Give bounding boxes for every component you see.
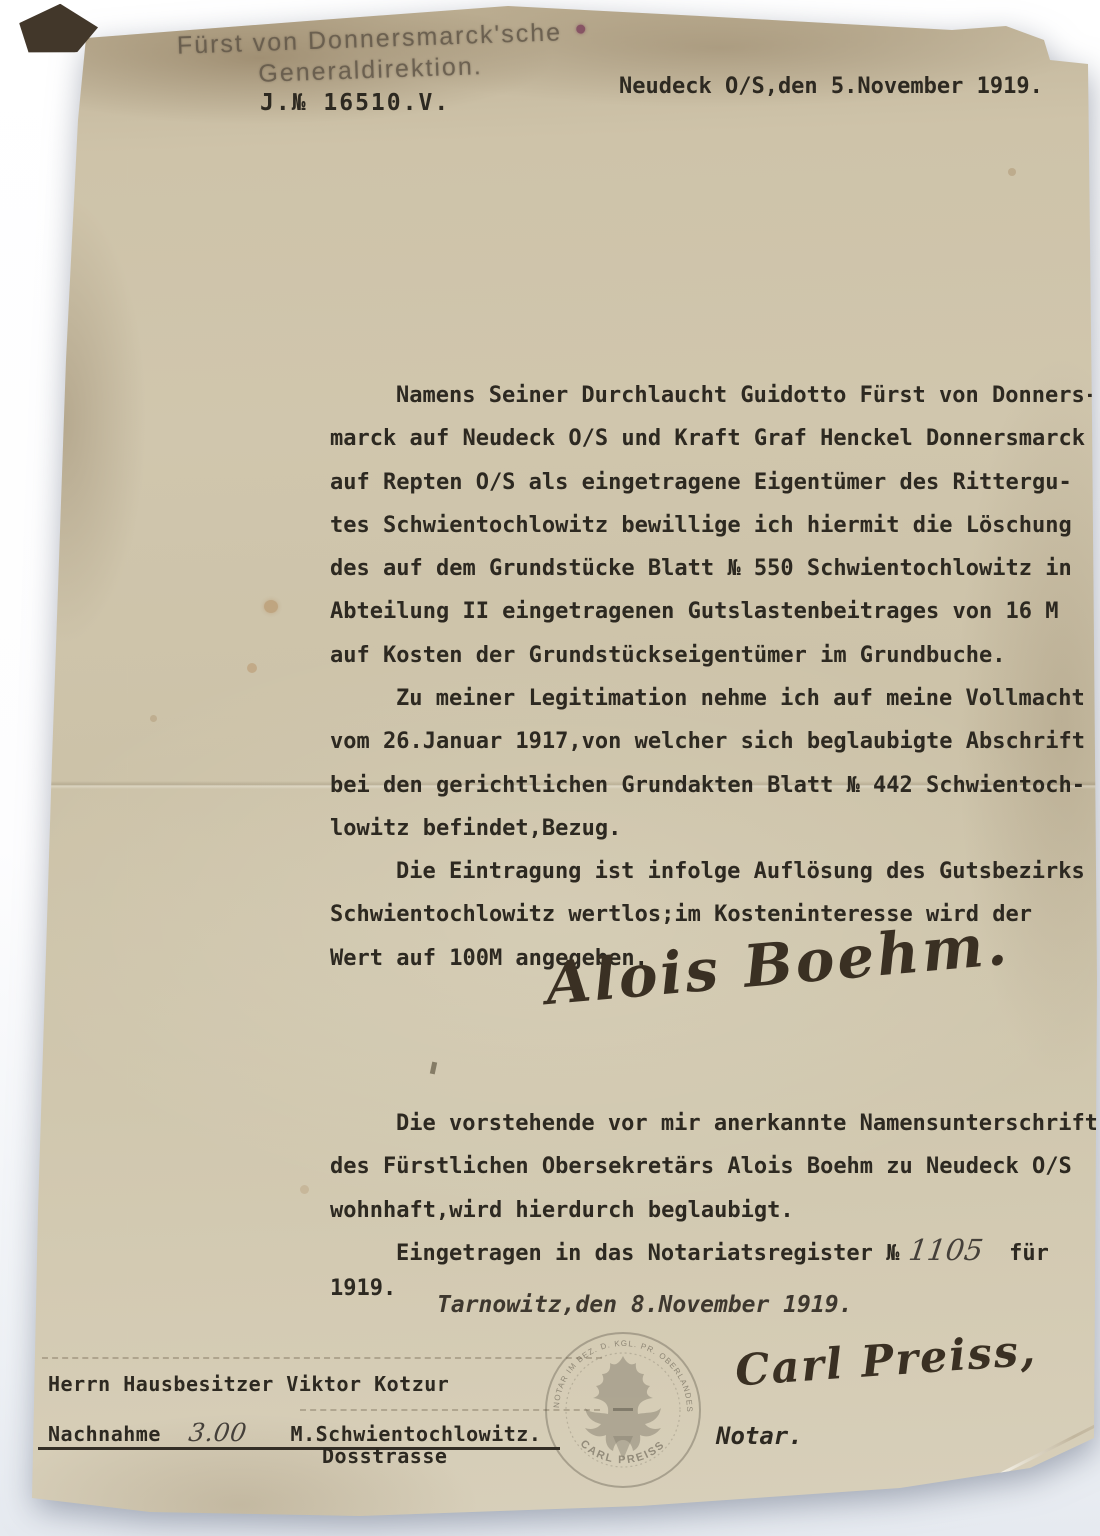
photo-background: Fürst von Donnersmarck'sche Generaldirek… bbox=[0, 0, 1100, 1536]
ink-speck bbox=[430, 1062, 437, 1075]
body-line: auf Kosten der Grundstückseigentümer im … bbox=[330, 634, 1095, 677]
street-line: Dosstrasse bbox=[322, 1444, 447, 1468]
body-line: des auf dem Grundstücke Blatt № 550 Schw… bbox=[330, 547, 1095, 590]
typed-underline bbox=[38, 1447, 560, 1450]
nachnahme-place: M.Schwientochlowitz. bbox=[291, 1422, 542, 1446]
dateline: Neudeck O/S,den 5.November 1919. bbox=[619, 74, 1043, 99]
register-text-after: für bbox=[1009, 1241, 1049, 1266]
document-paper: Fürst von Donnersmarck'sche Generaldirek… bbox=[0, 0, 1100, 1536]
place-date-line: Tarnowitz,den 8.November 1919. bbox=[437, 1292, 852, 1318]
body-line: auf Repten O/S als eingetragene Eigentüm… bbox=[330, 461, 1095, 504]
register-year: 1919. bbox=[330, 1276, 396, 1301]
seal-center-dash bbox=[613, 1408, 633, 1411]
paper-stain bbox=[300, 1185, 309, 1194]
register-text-before: Eingetragen in das Notariatsregister № bbox=[396, 1241, 899, 1266]
body-paragraph-4: Die vorstehende vor mir anerkannte Namen… bbox=[330, 1102, 1095, 1232]
body-line: Namens Seiner Durchlaucht Guidotto Fürst… bbox=[330, 374, 1095, 417]
register-number-handwritten: 1105 bbox=[907, 1233, 986, 1267]
nachnahme-label: Nachnahme bbox=[48, 1422, 161, 1446]
paper-stain bbox=[264, 600, 278, 613]
body-line: Abteilung II eingetragenen Gutslastenbei… bbox=[330, 590, 1095, 633]
body-line: lowitz befindet,Bezug. bbox=[330, 807, 1095, 850]
body-line: Die vorstehende vor mir anerkannte Namen… bbox=[330, 1102, 1095, 1145]
body-line: wohnhaft,wird hierdurch beglaubigt. bbox=[330, 1189, 1095, 1232]
paper-stain bbox=[1008, 168, 1016, 176]
body-line: Zu meiner Legitimation nehme ich auf mei… bbox=[330, 677, 1095, 720]
body-line: bei den gerichtlichen Grundakten Blatt №… bbox=[330, 764, 1095, 807]
body-paragraph-2: Zu meiner Legitimation nehme ich auf mei… bbox=[330, 677, 1095, 850]
body-line: des Fürstlichen Obersekretärs Alois Boeh… bbox=[330, 1145, 1095, 1188]
paper-shadow: Fürst von Donnersmarck'sche Generaldirek… bbox=[0, 0, 1100, 1536]
addressee-line: Herrn Hausbesitzer Viktor Kotzur bbox=[48, 1372, 449, 1396]
body-line: marck auf Neudeck O/S und Kraft Graf Hen… bbox=[330, 417, 1095, 460]
paper-stain bbox=[150, 715, 157, 722]
body-line: Die Eintragung ist infolge Auflösung des… bbox=[330, 850, 1095, 893]
faded-dashed-line bbox=[42, 1357, 602, 1359]
body-line: tes Schwientochlowitz bewillige ich hier… bbox=[330, 504, 1095, 547]
body-paragraph-1: Namens Seiner Durchlaucht Guidotto Fürst… bbox=[330, 374, 1095, 677]
paper-stain bbox=[247, 663, 257, 673]
letterhead-stamp: Fürst von Donnersmarck'sche Generaldirek… bbox=[149, 16, 591, 93]
preiss-signature: Carl Preiss, bbox=[734, 1326, 1039, 1397]
reference-number: J.№ 16510.V. bbox=[260, 90, 450, 116]
notary-title: Notar. bbox=[716, 1422, 803, 1450]
nachnahme-line: Nachnahme3.00M.Schwientochlowitz. bbox=[48, 1418, 541, 1447]
nachnahme-amount-handwritten: 3.00 bbox=[187, 1418, 249, 1447]
faded-dashed-line bbox=[300, 1409, 600, 1411]
corner-crease bbox=[947, 1440, 1100, 1536]
corner-crease bbox=[918, 1396, 1100, 1517]
body-line: vom 26.Januar 1917,von welcher sich begl… bbox=[330, 720, 1095, 763]
notary-register-line: Eingetragen in das Notariatsregister №11… bbox=[330, 1233, 1049, 1267]
